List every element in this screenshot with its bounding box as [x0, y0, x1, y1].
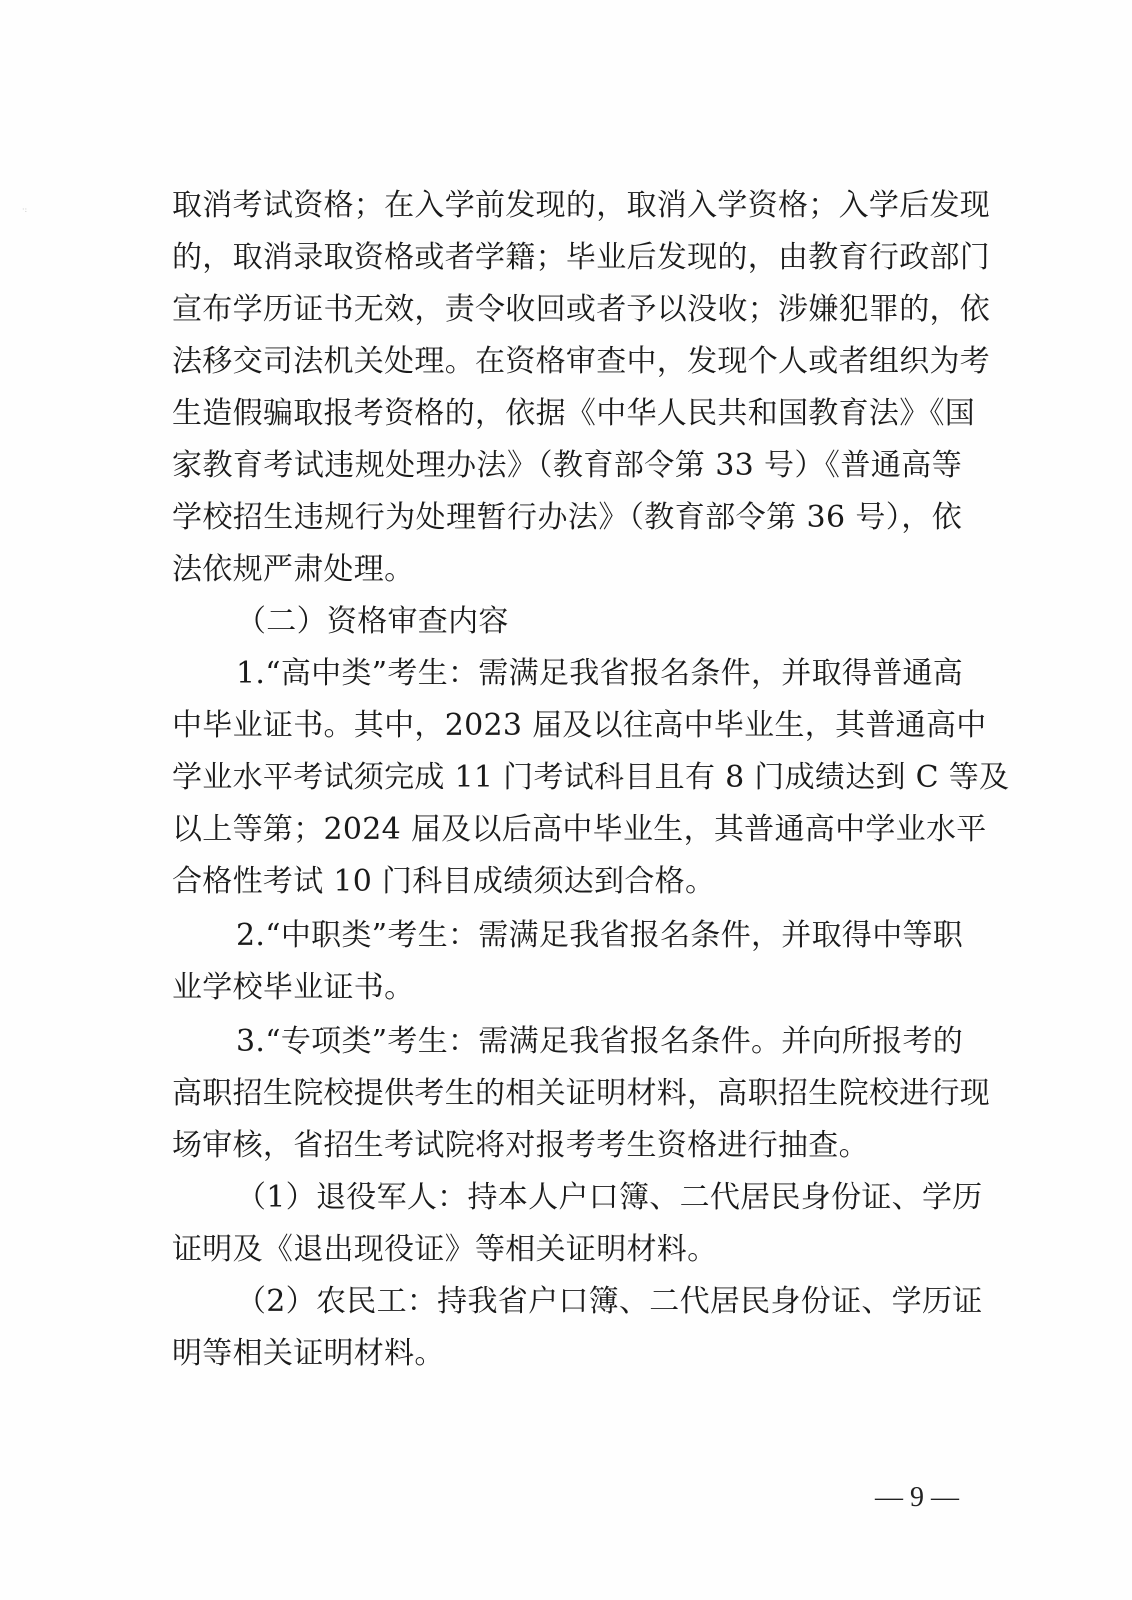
page-number: — 9 —: [862, 1478, 972, 1518]
paragraph-line: 法移交司法机关处理。在资格审查中，发现个人或者组织为考: [172, 336, 962, 388]
scan-artifact: ·:: [22, 205, 32, 215]
paragraph-line: 3.“专项类”考生：需满足我省报名条件。并向所报考的: [236, 1016, 962, 1068]
paragraph-line: 合格性考试 10 门科目成绩须达到合格。: [172, 856, 962, 908]
paragraph-line: （2）农民工：持我省户口簿、二代居民身份证、学历证: [236, 1276, 962, 1328]
paragraph-line: 学业水平考试须完成 11 门考试科目且有 8 门成绩达到 C 等及: [172, 752, 962, 804]
paragraph-line: 法依规严肃处理。: [172, 544, 962, 596]
paragraph-line: 以上等第；2024 届及以后高中毕业生，其普通高中学业水平: [172, 804, 962, 856]
paragraph-line: 业学校毕业证书。: [172, 962, 962, 1014]
paragraph-line: 取消考试资格；在入学前发现的，取消入学资格；入学后发现: [172, 180, 962, 232]
paragraph-line: （1）退役军人：持本人户口簿、二代居民身份证、学历: [236, 1172, 962, 1224]
paragraph-line: 中毕业证书。其中，2023 届及以往高中毕业生，其普通高中: [172, 700, 962, 752]
document-page: ·: 取消考试资格；在入学前发现的，取消入学资格；入学后发现 的，取消录取资格或…: [0, 0, 1132, 1600]
paragraph-line: 家教育考试违规处理办法》（教育部令第 33 号）《普通高等: [172, 440, 962, 492]
paragraph-line: 场审核，省招生考试院将对报考考生资格进行抽查。: [172, 1120, 962, 1172]
paragraph-line: 明等相关证明材料。: [172, 1328, 962, 1380]
paragraph-line: 学校招生违规行为处理暂行办法》（教育部令第 36 号），依: [172, 492, 962, 544]
paragraph-line: 的，取消录取资格或者学籍；毕业后发现的，由教育行政部门: [172, 232, 962, 284]
paragraph-line: 证明及《退出现役证》等相关证明材料。: [172, 1224, 962, 1276]
section-heading: （二）资格审查内容: [236, 596, 962, 648]
paragraph-line: 高职招生院校提供考生的相关证明材料，高职招生院校进行现: [172, 1068, 962, 1120]
paragraph-line: 宣布学历证书无效，责令收回或者予以没收；涉嫌犯罪的，依: [172, 284, 962, 336]
paragraph-line: 2.“中职类”考生：需满足我省报名条件，并取得中等职: [236, 910, 962, 962]
paragraph-line: 1.“高中类”考生：需满足我省报名条件，并取得普通高: [236, 648, 962, 700]
paragraph-line: 生造假骗取报考资格的，依据《中华人民共和国教育法》《国: [172, 388, 962, 440]
